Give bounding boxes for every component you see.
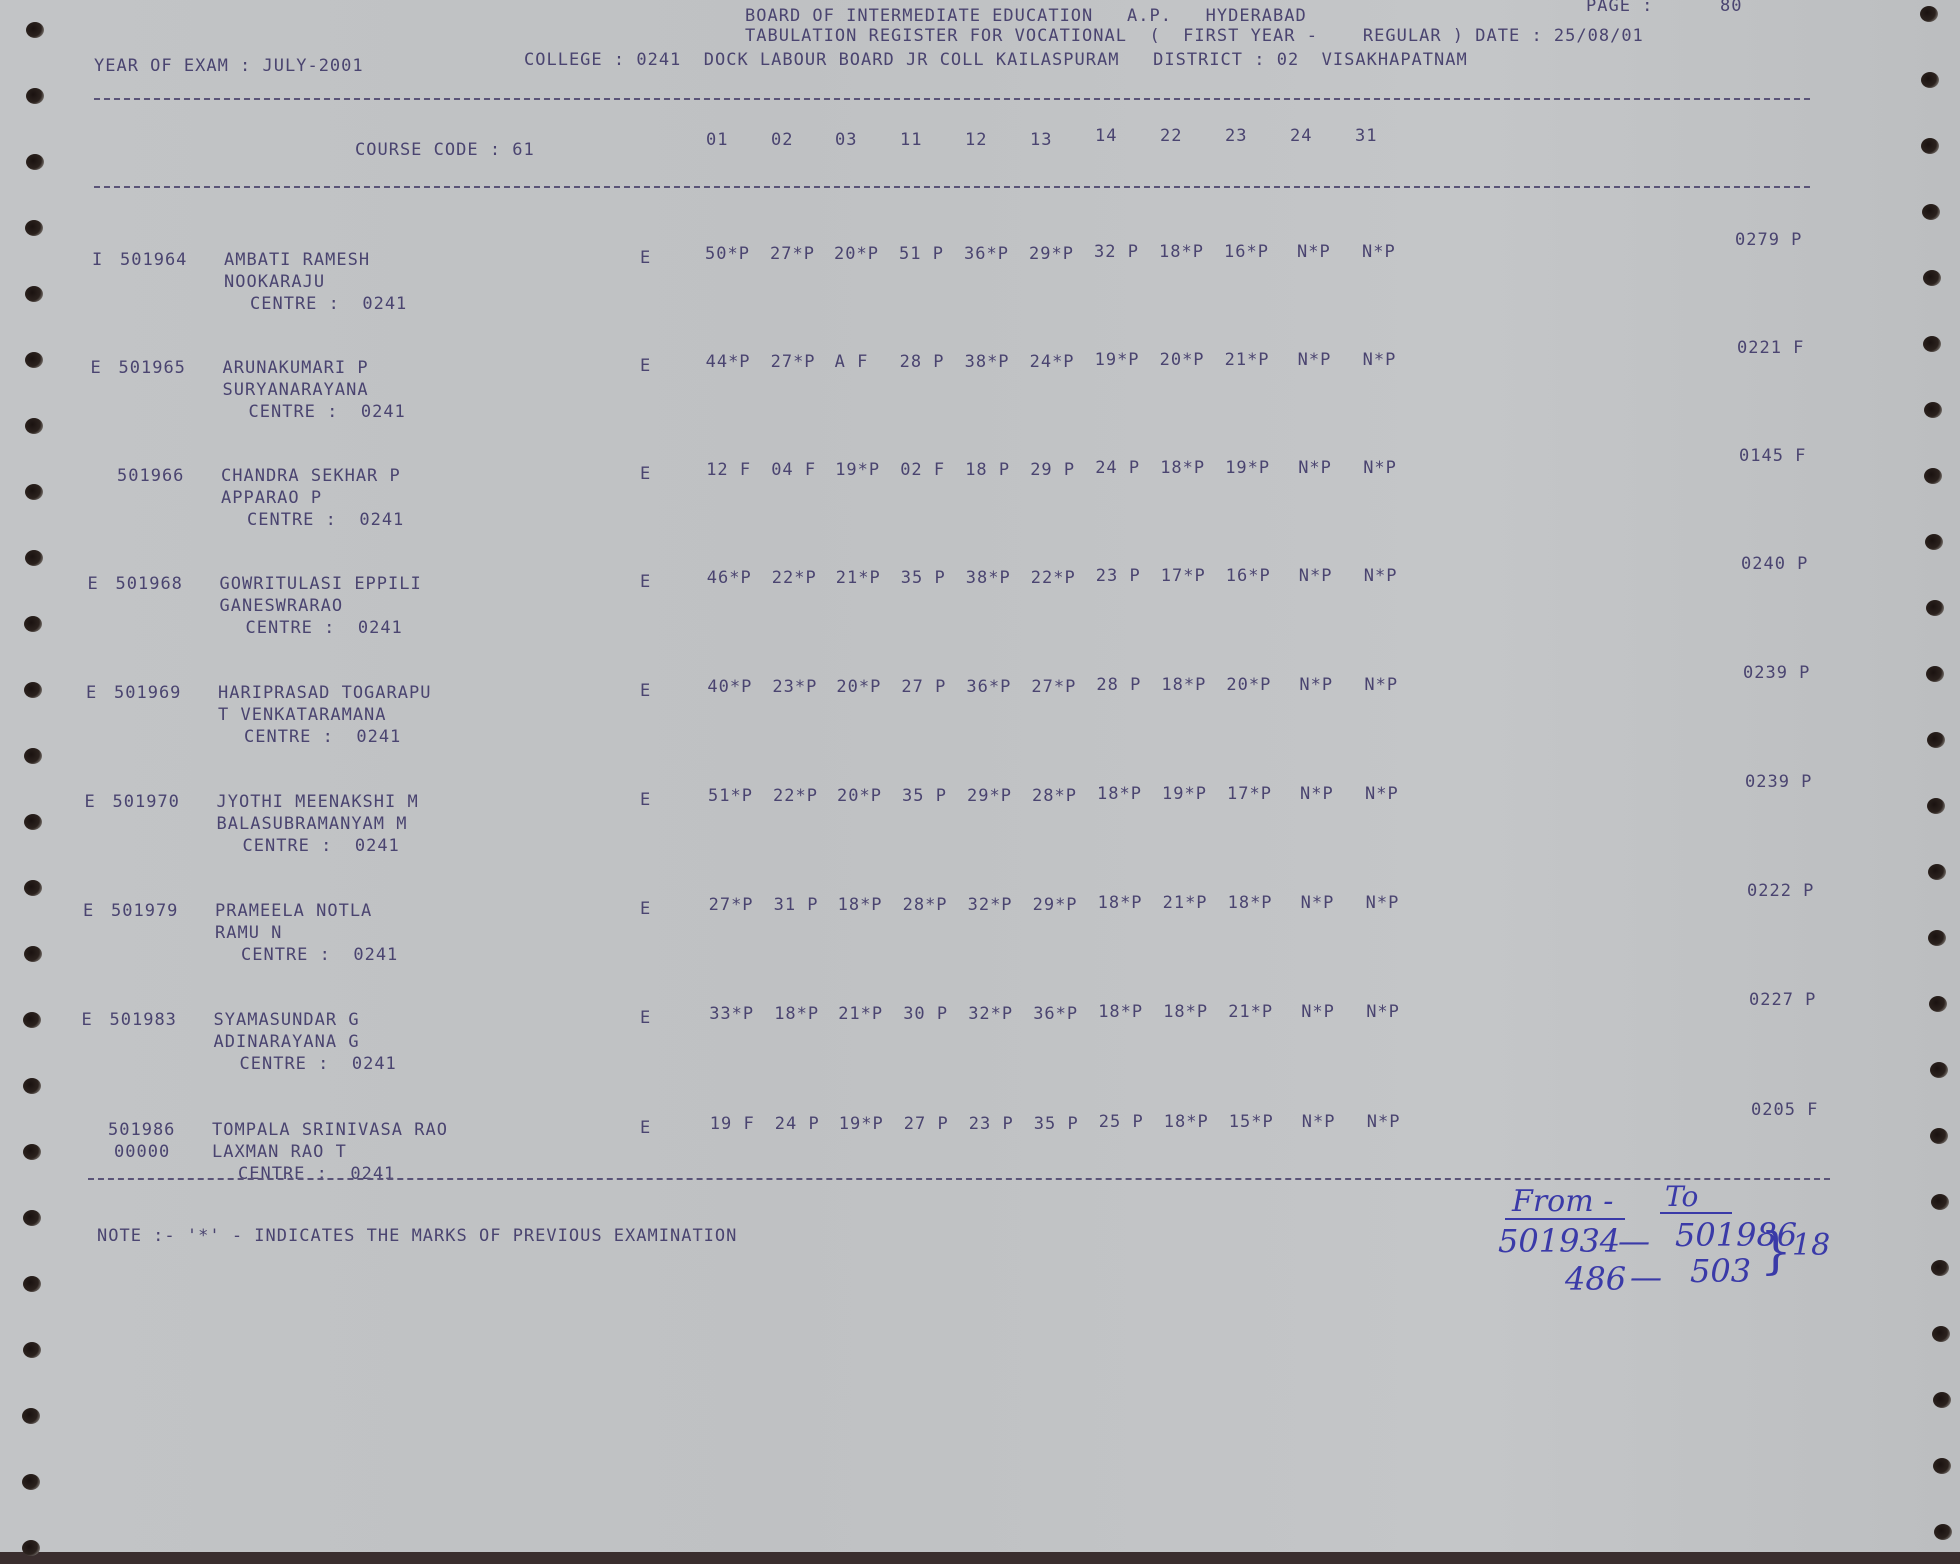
subject-mark-13: 36*P [1033, 1004, 1078, 1024]
medium: E [640, 1118, 651, 1138]
page-number: 80 [1720, 0, 1742, 16]
page-label: PAGE : [1586, 0, 1653, 16]
subject-mark-31: N*P [1365, 784, 1399, 804]
subject-mark-02: 22*P [772, 568, 817, 588]
feed-hole [25, 418, 43, 434]
subject-mark-22: 19*P [1162, 784, 1207, 804]
subject-mark-13: 29*P [1029, 244, 1074, 264]
handwritten-dash: — [1618, 1222, 1650, 1260]
subject-mark-24: N*P [1300, 784, 1334, 804]
subject-mark-31: N*P [1366, 893, 1400, 913]
board-title: BOARD OF INTERMEDIATE EDUCATION A.P. HYD… [745, 6, 1307, 26]
exam-centre: CENTRE : 0241 [247, 510, 404, 530]
subject-mark-01: 50*P [705, 244, 750, 264]
subject-mark-01: 19 F [710, 1114, 755, 1134]
medium: E [640, 572, 651, 592]
subject-mark-14: 24 P [1095, 458, 1140, 478]
subject-mark-11: 28*P [903, 895, 948, 915]
roll-number: 501979 [111, 901, 178, 921]
tabulation-sheet: BOARD OF INTERMEDIATE EDUCATION A.P. HYD… [0, 0, 1960, 1552]
subject-mark-02: 23*P [772, 677, 817, 697]
subject-mark-22: 17*P [1161, 566, 1206, 586]
father-name: APPARAO P [221, 488, 322, 508]
medium: E [640, 1008, 651, 1028]
subject-mark-02: 18*P [774, 1004, 819, 1024]
roll-number: 501969 [114, 683, 181, 703]
feed-hole [1933, 1392, 1951, 1408]
father-name: RAMU N [215, 923, 282, 943]
subject-mark-23: 16*P [1226, 566, 1271, 586]
subject-mark-14: 19*P [1095, 350, 1140, 370]
feed-hole [1924, 402, 1942, 418]
subject-mark-03: 20*P [836, 677, 881, 697]
subject-mark-03: 21*P [838, 1004, 883, 1024]
subject-mark-14: 25 P [1099, 1112, 1144, 1132]
father-name: NOOKARAJU [224, 272, 325, 292]
total-result: 0222 P [1747, 881, 1814, 901]
subject-code-14: 14 [1095, 126, 1117, 146]
handwritten-dash: — [1630, 1258, 1662, 1296]
subject-code-31: 31 [1355, 126, 1377, 146]
subject-mark-11: 30 P [903, 1004, 948, 1024]
father-name: SURYANARAYANA [223, 380, 369, 400]
subject-mark-31: N*P [1364, 566, 1398, 586]
subject-mark-22: 21*P [1163, 893, 1208, 913]
subject-mark-02: 24 P [775, 1114, 820, 1134]
roll-number: 501966 [117, 466, 184, 486]
subject-mark-12: 29*P [967, 786, 1012, 806]
subject-mark-31: N*P [1364, 675, 1398, 695]
medium: E [640, 356, 651, 376]
subject-code-01: 01 [706, 130, 728, 150]
subject-mark-24: N*P [1299, 675, 1333, 695]
feed-hole [1929, 996, 1947, 1012]
medium: E [640, 790, 651, 810]
feed-hole [1932, 1326, 1950, 1342]
subject-mark-03: 19*P [839, 1114, 884, 1134]
handwritten-to: To [1665, 1180, 1698, 1213]
feed-hole [22, 1540, 40, 1556]
subject-code-24: 24 [1290, 126, 1312, 146]
subject-mark-24: N*P [1299, 566, 1333, 586]
feed-hole [24, 880, 42, 896]
subject-mark-22: 18*P [1161, 675, 1206, 695]
student-name: JYOTHI MEENAKSHI M [217, 792, 419, 812]
roll-number: 501964 [120, 250, 187, 270]
subject-mark-23: 19*P [1225, 458, 1270, 478]
feed-hole [25, 484, 43, 500]
subject-mark-13: 29 P [1030, 460, 1075, 480]
father-name: ADINARAYANA G [214, 1032, 360, 1052]
subject-mark-14: 32 P [1094, 242, 1139, 262]
student-name: CHANDRA SEKHAR P [221, 466, 401, 486]
subject-mark-02: 31 P [774, 895, 819, 915]
feed-hole [26, 22, 44, 38]
medium: E [640, 899, 651, 919]
handwritten-from: From - [1512, 1184, 1613, 1219]
feed-hole [1934, 1524, 1952, 1540]
subject-mark-01: 51*P [708, 786, 753, 806]
feed-hole [26, 88, 44, 104]
subject-mark-01: 40*P [707, 677, 752, 697]
subject-mark-03: 18*P [838, 895, 883, 915]
subject-mark-12: 38*P [966, 568, 1011, 588]
course-code: COURSE CODE : 61 [355, 140, 535, 160]
handwritten-underline [1660, 1212, 1732, 1214]
subject-mark-12: 32*P [968, 1004, 1013, 1024]
subject-mark-31: N*P [1363, 458, 1397, 478]
subject-mark-23: 18*P [1228, 893, 1273, 913]
handwritten-range2-to: 503 [1690, 1252, 1751, 1290]
feed-hole [26, 154, 44, 170]
result-flag: E [88, 574, 99, 594]
result-flag: E [91, 358, 102, 378]
total-result: 0239 P [1745, 772, 1812, 792]
subject-mark-11: 28 P [900, 352, 945, 372]
subject-mark-11: 02 F [900, 460, 945, 480]
feed-hole [1921, 72, 1939, 88]
feed-hole [23, 1342, 41, 1358]
subject-mark-31: N*P [1362, 242, 1396, 262]
handwritten-underline [1505, 1218, 1625, 1220]
subject-code-12: 12 [965, 130, 987, 150]
exam-centre: CENTRE : 0241 [249, 402, 406, 422]
result-flag: I [92, 250, 103, 270]
result-flag: E [85, 792, 96, 812]
subject-mark-02: 27*P [770, 244, 815, 264]
subject-mark-02: 22*P [773, 786, 818, 806]
feed-hole [1930, 1062, 1948, 1078]
exam-centre: CENTRE : 0241 [250, 294, 407, 314]
student-name: TOMPALA SRINIVASA RAO [212, 1120, 448, 1140]
subject-mark-11: 35 P [901, 568, 946, 588]
subject-code-03: 03 [835, 130, 857, 150]
subject-mark-12: 38*P [965, 352, 1010, 372]
subject-code-11: 11 [900, 130, 922, 150]
subject-mark-13: 35 P [1034, 1114, 1079, 1134]
subject-mark-02: 27*P [771, 352, 816, 372]
subject-code-23: 23 [1225, 126, 1247, 146]
exam-centre: CENTRE : 0241 [238, 1164, 395, 1184]
total-result: 0145 F [1739, 446, 1806, 466]
handwritten-count: 18 [1792, 1228, 1830, 1263]
total-result: 0240 P [1741, 554, 1808, 574]
exam-centre: CENTRE : 0241 [246, 618, 403, 638]
subject-mark-22: 20*P [1160, 350, 1205, 370]
subject-mark-24: N*P [1302, 1112, 1336, 1132]
subject-mark-31: N*P [1366, 1002, 1400, 1022]
header-divider [94, 98, 1810, 100]
subject-mark-24: N*P [1301, 1002, 1335, 1022]
medium: E [640, 681, 651, 701]
total-result: 0221 F [1737, 338, 1804, 358]
medium: E [640, 464, 651, 484]
subject-mark-24: N*P [1298, 350, 1332, 370]
subject-mark-23: 20*P [1226, 675, 1271, 695]
year-of-exam: YEAR OF EXAM : JULY-2001 [94, 56, 364, 76]
feed-hole [1928, 864, 1946, 880]
subject-mark-12: 23 P [969, 1114, 1014, 1134]
total-result: 0205 F [1751, 1100, 1818, 1120]
subject-mark-03: A F [835, 352, 869, 372]
roll-number: 501986 [108, 1120, 175, 1140]
subject-mark-22: 18*P [1163, 1002, 1208, 1022]
subject-mark-03: 21*P [836, 568, 881, 588]
feed-hole [1922, 204, 1940, 220]
subject-mark-23: 16*P [1224, 242, 1269, 262]
feed-hole [23, 1210, 41, 1226]
subject-mark-01: 12 F [706, 460, 751, 480]
subject-mark-23: 15*P [1229, 1112, 1274, 1132]
subject-mark-23: 17*P [1227, 784, 1272, 804]
subject-mark-12: 36*P [966, 677, 1011, 697]
subject-mark-12: 36*P [964, 244, 1009, 264]
subject-mark-03: 20*P [834, 244, 879, 264]
feed-hole [24, 814, 42, 830]
subject-code-22: 22 [1160, 126, 1182, 146]
subject-mark-01: 46*P [707, 568, 752, 588]
student-name: HARIPRASAD TOGARAPU [218, 683, 431, 703]
result-flag: E [86, 683, 97, 703]
student-name: AMBATI RAMESH [224, 250, 370, 270]
handwritten-brace: } [1760, 1222, 1792, 1280]
feed-hole [24, 946, 42, 962]
roll-number-secondary: 00000 [114, 1142, 170, 1162]
feed-hole [1931, 1194, 1949, 1210]
subject-mark-22: 18*P [1159, 242, 1204, 262]
subject-mark-14: 18*P [1097, 784, 1142, 804]
subject-mark-11: 27 P [904, 1114, 949, 1134]
subject-mark-11: 27 P [901, 677, 946, 697]
subject-mark-13: 22*P [1031, 568, 1076, 588]
exam-centre: CENTRE : 0241 [240, 1054, 397, 1074]
feed-hole [23, 1144, 41, 1160]
father-name: BALASUBRAMANYAM M [217, 814, 408, 834]
father-name: LAXMAN RAO T [212, 1142, 347, 1162]
subject-mark-24: N*P [1301, 893, 1335, 913]
roll-number: 501983 [110, 1010, 177, 1030]
feed-hole [1925, 534, 1943, 550]
exam-centre: CENTRE : 0241 [241, 945, 398, 965]
subject-mark-23: 21*P [1228, 1002, 1273, 1022]
medium: E [640, 248, 651, 268]
subject-mark-14: 18*P [1098, 893, 1143, 913]
subject-code-13: 13 [1030, 130, 1052, 150]
subject-mark-31: N*P [1363, 350, 1397, 370]
exam-centre: CENTRE : 0241 [244, 727, 401, 747]
subject-mark-14: 23 P [1096, 566, 1141, 586]
total-result: 0239 P [1743, 663, 1810, 683]
subject-mark-01: 27*P [709, 895, 754, 915]
handwritten-range-from: 501934 [1498, 1222, 1620, 1260]
roll-number: 501965 [119, 358, 186, 378]
footer-divider [88, 1178, 1830, 1180]
feed-hole [1923, 270, 1941, 286]
student-name: ARUNAKUMARI P [223, 358, 369, 378]
subject-mark-03: 19*P [835, 460, 880, 480]
feed-hole [25, 550, 43, 566]
college-info: COLLEGE : 0241 DOCK LABOUR BOARD JR COLL… [524, 50, 1468, 70]
student-name: SYAMASUNDAR G [214, 1010, 360, 1030]
subject-mark-23: 21*P [1225, 350, 1270, 370]
feed-hole [24, 748, 42, 764]
subject-mark-13: 28*P [1032, 786, 1077, 806]
student-name: GOWRITULASI EPPILI [220, 574, 422, 594]
result-flag: E [82, 1010, 93, 1030]
subject-mark-12: 18 P [965, 460, 1010, 480]
subject-mark-12: 32*P [968, 895, 1013, 915]
handwritten-range2-from: 486 [1565, 1260, 1626, 1298]
result-flag: E [83, 901, 94, 921]
subject-mark-01: 33*P [709, 1004, 754, 1024]
subject-mark-13: 24*P [1030, 352, 1075, 372]
subject-mark-31: N*P [1367, 1112, 1401, 1132]
footnote: NOTE :- '*' - INDICATES THE MARKS OF PRE… [97, 1226, 737, 1246]
subject-mark-13: 29*P [1033, 895, 1078, 915]
feed-hole [25, 352, 43, 368]
subject-mark-03: 20*P [837, 786, 882, 806]
total-result: 0279 P [1735, 230, 1802, 250]
subject-mark-24: N*P [1297, 242, 1331, 262]
subject-mark-01: 44*P [706, 352, 751, 372]
subject-mark-22: 18*P [1160, 458, 1205, 478]
register-title: TABULATION REGISTER FOR VOCATIONAL ( FIR… [745, 26, 1644, 46]
table-edge [0, 1552, 1960, 1564]
subject-code-02: 02 [771, 130, 793, 150]
feed-hole [23, 1276, 41, 1292]
exam-centre: CENTRE : 0241 [243, 836, 400, 856]
subject-mark-11: 35 P [902, 786, 947, 806]
father-name: GANESWRARAO [220, 596, 344, 616]
student-name: PRAMEELA NOTLA [215, 901, 372, 921]
subject-mark-24: N*P [1298, 458, 1332, 478]
subject-mark-02: 04 F [771, 460, 816, 480]
total-result: 0227 P [1749, 990, 1816, 1010]
feed-hole [1926, 666, 1944, 682]
subject-mark-22: 18*P [1164, 1112, 1209, 1132]
column-divider [94, 186, 1810, 188]
father-name: T VENKATARAMANA [218, 705, 387, 725]
roll-number: 501970 [113, 792, 180, 812]
feed-hole [1927, 732, 1945, 748]
subject-mark-14: 28 P [1096, 675, 1141, 695]
subject-mark-11: 51 P [899, 244, 944, 264]
subject-mark-13: 27*P [1031, 677, 1076, 697]
subject-mark-14: 18*P [1098, 1002, 1143, 1022]
feed-hole [1926, 600, 1944, 616]
roll-number: 501968 [116, 574, 183, 594]
